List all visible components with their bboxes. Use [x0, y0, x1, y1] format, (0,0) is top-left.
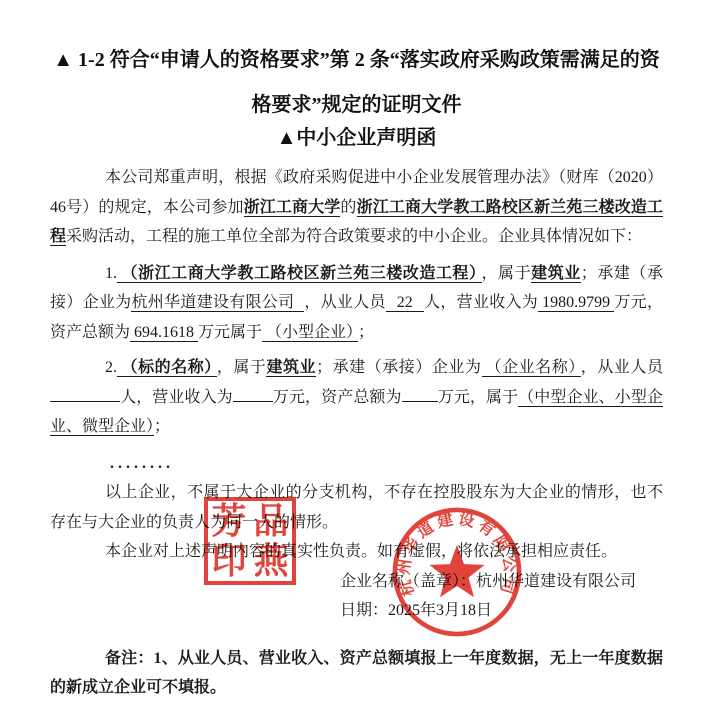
text-run: ；	[358, 324, 374, 341]
item1-subject-name: （浙江工商大学教工路校区新兰苑三楼改造工程）	[117, 265, 482, 283]
text-run: ；	[154, 418, 170, 435]
personal-seal-char: 品	[253, 503, 288, 539]
item1-total-assets: 694.1618	[130, 324, 198, 342]
item-2: 2.（标的名称），属于建筑业；承建（承接）企业为（企业名称），从业人员人，营业收…	[50, 353, 663, 442]
item1-industry: 建筑业	[531, 265, 581, 283]
paragraph-no-branch: 以上企业，不属于大企业的分支机构，不存在控股股东为大企业的情形，也不存在与大企业…	[50, 478, 663, 537]
document-title-line1: ▲ 1-2 符合“申请人的资格要求”第 2 条“落实政府采购政策需满足的资	[50, 47, 663, 73]
item2-industry: 建筑业	[266, 359, 316, 377]
text-run: 采购活动，工程的施工单位全部为符合政策要求的中小企业。企业具体情况如下：	[66, 228, 642, 245]
personal-seal-char: 芳	[211, 503, 246, 539]
text-run: 万元属于	[198, 324, 262, 341]
text-run: ，从业人员	[581, 359, 663, 376]
blank-field-employees	[50, 384, 120, 402]
text-run: 的	[340, 199, 356, 216]
text-run: 人，营业收入为	[120, 389, 233, 406]
text-run: ，从业人员	[304, 294, 385, 311]
item-number: 2.	[105, 359, 117, 376]
item2-subject-name-placeholder: （标的名称）	[117, 359, 217, 377]
item-number: 1.	[105, 265, 117, 282]
item1-enterprise-type: （小型企业）	[262, 324, 358, 342]
text-run: 万元，资产总额为	[273, 389, 402, 406]
document-content: ▲ 1-2 符合“申请人的资格要求”第 2 条“落实政府采购政策需满足的资 格要…	[50, 47, 663, 703]
text-run: ，属于	[217, 359, 267, 376]
blank-field-revenue	[233, 384, 273, 402]
star-icon	[429, 545, 484, 597]
item1-revenue: 1980.9799	[538, 294, 614, 312]
personal-seal-char: 印	[211, 543, 246, 579]
ellipsis-line: ........	[50, 449, 663, 479]
document-page: ▲ 1-2 符合“申请人的资格要求”第 2 条“落实政府采购政策需满足的资 格要…	[0, 0, 713, 720]
text-run: 万元，属于	[438, 389, 519, 406]
note-paragraph: 备注：1、从业人员、营业收入、资产总额填报上一年度数据，无上一年度数据的新成立企…	[50, 644, 663, 703]
item-1: 1.（浙江工商大学教工路校区新兰苑三楼改造工程），属于建筑业；承建（承接）企业为…	[50, 259, 663, 348]
item2-company-name-placeholder: （企业名称）	[482, 359, 581, 377]
paragraph-responsibility: 本企业对上述声明内容的真实性负责。如有虚假，将依法承担相应责任。	[50, 537, 663, 567]
paragraph-intro: 本公司郑重声明，根据《政府采购促进中小企业发展管理办法》（财库（2020）46号…	[50, 163, 663, 252]
purchaser-name: 浙江工商大学	[244, 199, 341, 217]
document-subtitle: ▲中小企业声明函	[50, 125, 663, 151]
item1-employee-count: 22	[386, 294, 424, 312]
text-run: ，属于	[482, 265, 532, 282]
text-run: ；承建（承接）企业为	[316, 359, 481, 376]
company-seal-stamp: 杭州华道建设有限公司	[387, 502, 527, 642]
personal-seal-stamp: 芳 品 印 燕	[204, 497, 296, 585]
item1-company-name: 杭州华道建设有限公司	[131, 294, 304, 312]
document-title-line2: 格要求”规定的证明文件	[50, 92, 663, 118]
personal-seal-char: 燕	[253, 543, 288, 579]
blank-field-assets	[402, 384, 438, 402]
text-run: 人，营业收入为	[424, 294, 538, 311]
